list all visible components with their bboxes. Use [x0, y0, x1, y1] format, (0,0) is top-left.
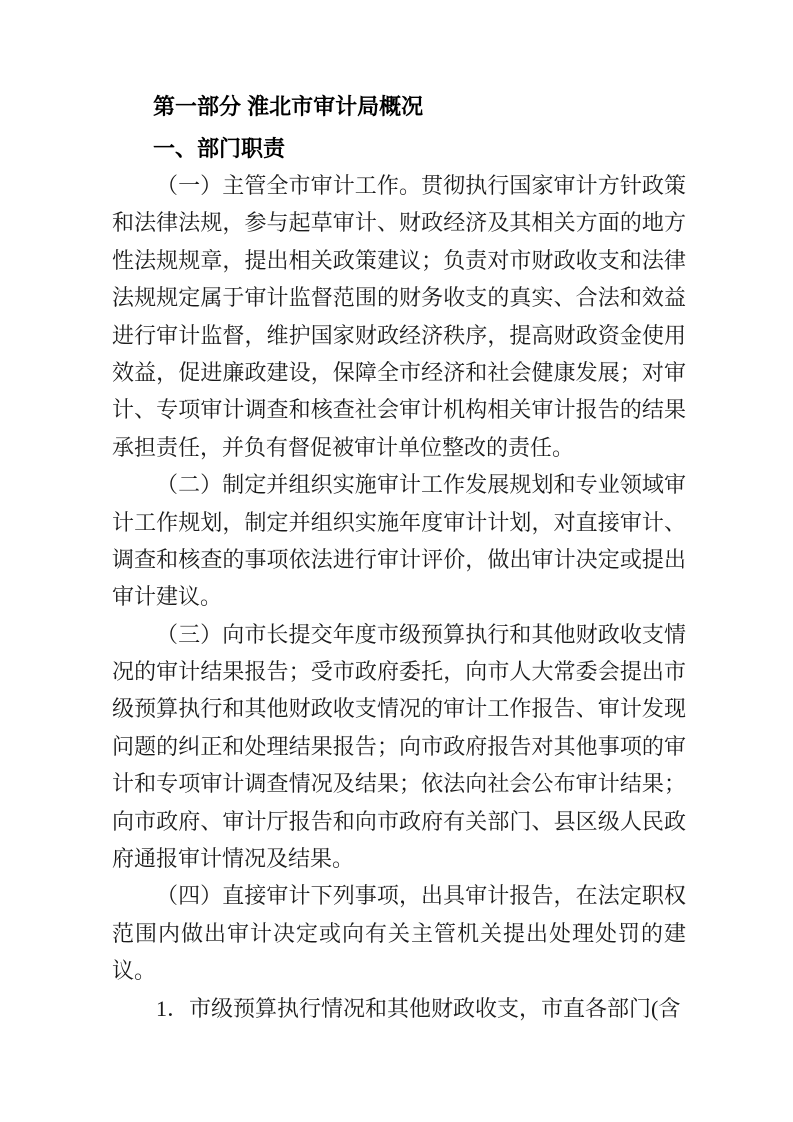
text-line: 级预算执行和其他财政收支情况的审计工作报告、审计发现 — [112, 690, 686, 727]
part-heading: 第一部分 淮北市审计局概况 — [112, 95, 686, 118]
text-line: 议。 — [112, 952, 686, 989]
text-line: 和法律法规，参与起草审计、财政经济及其相关方面的地方 — [112, 204, 686, 241]
text-line: 府通报审计情况及结果。 — [112, 840, 686, 877]
text-line: 效益，促进廉政建设，保障全市经济和社会健康发展；对审 — [112, 354, 686, 391]
paragraph-duty-4: （四）直接审计下列事项，出具审计报告，在法定职权 范围内做出审计决定或向有关主管… — [112, 877, 686, 989]
text-line: （二）制定并组织实施审计工作发展规划和专业领域审 — [112, 466, 686, 503]
document-content: 第一部分 淮北市审计局概况 一、部门职责 （一）主管全市审计工作。贯彻执行国家审… — [112, 95, 686, 1027]
text-line: 问题的纠正和处理结果报告；向市政府报告对其他事项的审 — [112, 728, 686, 765]
paragraph-duty-3: （三）向市长提交年度市级预算执行和其他财政收支情 况的审计结果报告；受市政府委托… — [112, 616, 686, 878]
text-line: 1．市级预算执行情况和其他财政收支，市直各部门(含 — [112, 990, 686, 1027]
section-heading: 一、部门职责 — [112, 137, 686, 160]
text-line: 调查和核查的事项依法进行审计评价，做出审计决定或提出 — [112, 541, 686, 578]
text-line: 进行审计监督，维护国家财政经济秩序，提高财政资金使用 — [112, 317, 686, 354]
paragraph-duty-1: （一）主管全市审计工作。贯彻执行国家审计方针政策 和法律法规，参与起草审计、财政… — [112, 167, 686, 466]
text-line: 计、专项审计调查和核查社会审计机构相关审计报告的结果 — [112, 391, 686, 428]
text-line: （一）主管全市审计工作。贯彻执行国家审计方针政策 — [112, 167, 686, 204]
text-line: 性法规规章，提出相关政策建议；负责对市财政收支和法律 — [112, 242, 686, 279]
text-line: 法规规定属于审计监督范围的财务收支的真实、合法和效益 — [112, 279, 686, 316]
paragraph-duty-2: （二）制定并组织实施审计工作发展规划和专业领域审 计工作规划，制定并组织实施年度… — [112, 466, 686, 616]
document-page: 第一部分 淮北市审计局概况 一、部门职责 （一）主管全市审计工作。贯彻执行国家审… — [0, 0, 793, 1122]
text-line: 审计建议。 — [112, 578, 686, 615]
text-line: 范围内做出审计决定或向有关主管机关提出处理处罚的建 — [112, 915, 686, 952]
text-line: （三）向市长提交年度市级预算执行和其他财政收支情 — [112, 616, 686, 653]
text-line: 况的审计结果报告；受市政府委托，向市人大常委会提出市 — [112, 653, 686, 690]
text-line: 计和专项审计调查情况及结果；依法向社会公布审计结果； — [112, 765, 686, 802]
text-line: 向市政府、审计厅报告和向市政府有关部门、县区级人民政 — [112, 803, 686, 840]
paragraph-list-item-1: 1．市级预算执行情况和其他财政收支，市直各部门(含 — [112, 990, 686, 1027]
text-line: 承担责任，并负有督促被审计单位整改的责任。 — [112, 429, 686, 466]
text-line: （四）直接审计下列事项，出具审计报告，在法定职权 — [112, 877, 686, 914]
text-line: 计工作规划，制定并组织实施年度审计计划，对直接审计、 — [112, 504, 686, 541]
